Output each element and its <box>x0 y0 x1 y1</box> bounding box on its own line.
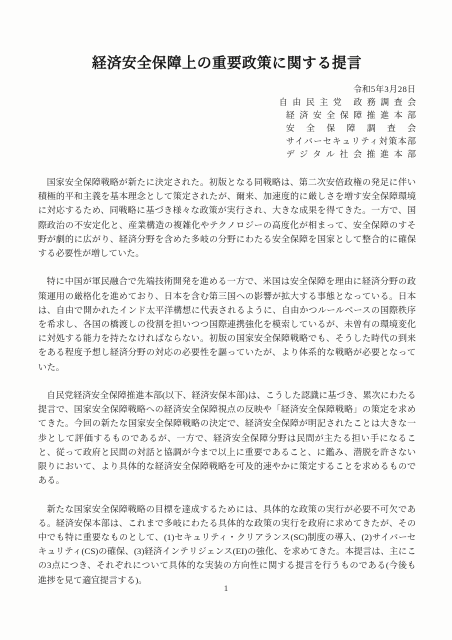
org-line-digital-society-hq: デジタル社会推進本部 <box>286 148 416 161</box>
org-line-party: 自由民主党 政務調査会 <box>279 96 416 109</box>
org-line-cybersecurity-hq: サイバーセキュリティ対策本部 <box>286 135 416 148</box>
document-title: 経済安全保障上の重要政策に関する提言 <box>38 54 416 74</box>
org-line-economic-security-hq: 経済安全保障推進本部 <box>286 109 416 122</box>
page-number: 1 <box>0 583 452 593</box>
document-header-block: 令和5年3月28日 自由民主党 政務調査会 経済安全保障推進本部 安全保障調査会… <box>38 83 416 161</box>
paragraph-1: 国家安全保障戦略が新たに決定された。初版となる同戦略は、第二次安倍政権の発足に伴… <box>38 175 416 260</box>
paragraph-3: 自民党経済安全保障推進本部(以下、経済安保本部)は、こうした認識に基づき、累次に… <box>38 388 416 487</box>
document-body: 国家安全保障戦略が新たに決定された。初版となる同戦略は、第二次安倍政権の発足に伴… <box>38 175 416 587</box>
document-page: 経済安全保障上の重要政策に関する提言 令和5年3月28日 自由民主党 政務調査会… <box>0 0 452 640</box>
paragraph-4: 新たな国家安全保障戦略の目標を達成するためには、具体的な政策の実行が必要不可欠で… <box>38 502 416 587</box>
paragraph-2: 特に中国が軍民融合で先端技術開発を進める一方で、米国は安全保障を理由に経済分野の… <box>38 274 416 373</box>
org-line-security-research-commission: 安全保障調査会 <box>286 122 416 135</box>
date-line: 令和5年3月28日 <box>38 83 416 96</box>
